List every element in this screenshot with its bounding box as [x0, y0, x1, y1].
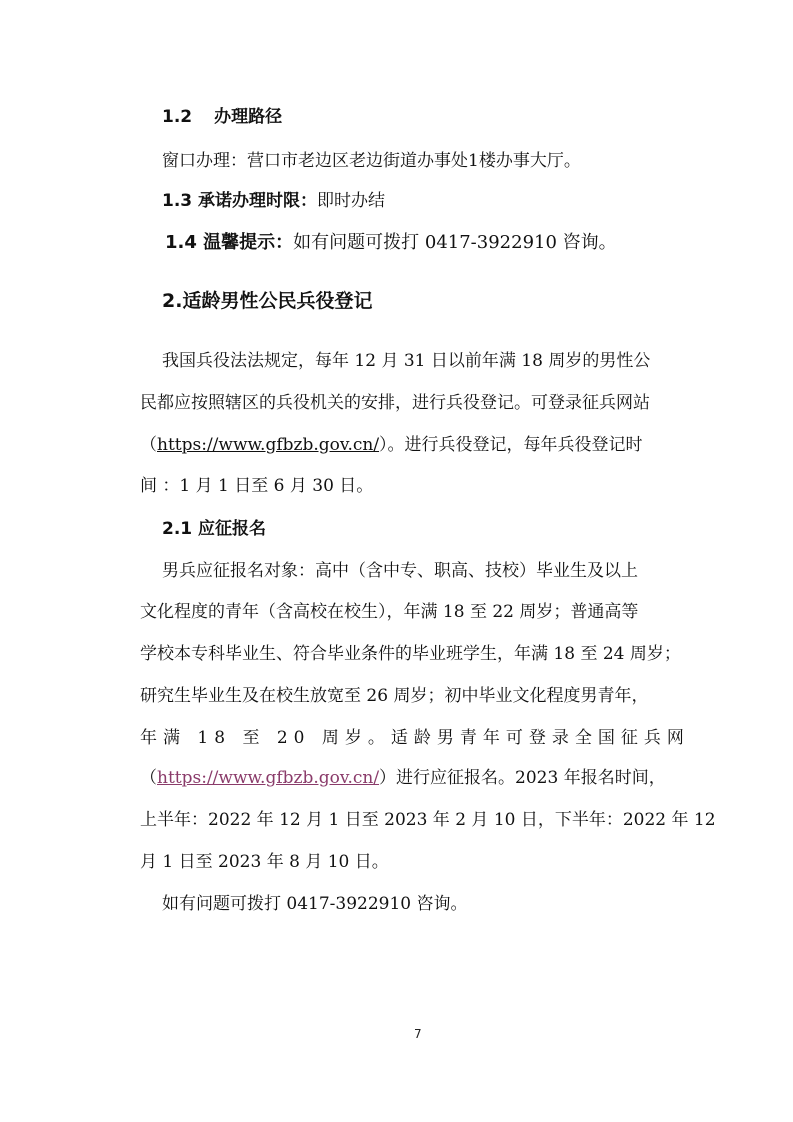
section-2-line-1: 我国兵役法法规定，每年 12 月 31 日以前年满 18 周岁的男性公 [162, 350, 650, 372]
section-2-1-line-3: 学校本专科毕业生、符合毕业条件的毕业班学生，年满 18 至 24 周岁； [140, 643, 681, 665]
section-2-line-4: 间 ：1 月 1 日至 6 月 30 日。 [140, 475, 373, 497]
paren-open: （ [140, 435, 157, 455]
section-2-1-heading: 2.1 应征报名 [162, 518, 266, 540]
section-1-4: 1.4 温馨提示：如有问题可拨打 0417-3922910 咨询。 [165, 232, 617, 254]
section-2-1-contact: 如有问题可拨打 0417-3922910 咨询。 [162, 893, 468, 915]
section-2-1-line-6-rest: ）进行应征报名。2023 年报名时间， [379, 768, 666, 788]
section-2-1-line-8: 月 1 日至 2023 年 8 月 10 日。 [140, 851, 389, 873]
section-2-1-line-4: 研究生毕业生及在校生放宽至 26 周岁；初中毕业文化程度男青年， [140, 685, 648, 707]
gfbzb-link[interactable]: https://www.gfbzb.gov.cn/ [157, 435, 379, 455]
section-1-4-heading: 1.4 温馨提示： [165, 232, 293, 253]
paren-open: （ [140, 768, 157, 788]
heading-title: 办理路径 [214, 107, 282, 127]
section-2-line-2: 民都应按照辖区的兵役机关的安排，进行兵役登记。可登录征兵网站 [140, 392, 650, 414]
section-2-line-3: （https://www.gfbzb.gov.cn/）。进行兵役登记，每年兵役登… [140, 434, 643, 456]
section-1-3: 1.3 承诺办理时限：即时办结 [162, 190, 385, 212]
section-1-2-heading: 1.2办理路径 [162, 106, 282, 128]
section-2-1-line-6: （https://www.gfbzb.gov.cn/）进行应征报名。2023 年… [140, 767, 666, 789]
section-1-2-body: 窗口办理：营口市老边区老边街道办事处1楼办事大厅。 [162, 150, 581, 172]
section-2-line-3-rest: ）。进行兵役登记，每年兵役登记时 [379, 435, 643, 455]
section-1-3-value: 即时办结 [317, 191, 385, 211]
section-2-heading: 2.适龄男性公民兵役登记 [162, 290, 372, 312]
section-2-1-line-2: 文化程度的青年（含高校在校生），年满 18 至 22 周岁；普通高等 [140, 601, 638, 623]
section-2-1-line-1: 男兵应征报名对象：高中（含中专、职高、技校）毕业生及以上 [162, 560, 638, 582]
gfbzb-link-visited[interactable]: https://www.gfbzb.gov.cn/ [157, 768, 379, 788]
heading-number: 1.2 [162, 107, 192, 127]
section-2-1-line-7: 上半年：2022 年 12 月 1 日至 2023 年 2 月 10 日，下半年… [140, 809, 716, 831]
section-2-1-line-5: 年满 18 至 20 周岁。适龄男青年可登录全国征兵网 [140, 727, 690, 749]
section-1-4-value: 如有问题可拨打 0417-3922910 咨询。 [293, 232, 617, 253]
section-1-3-heading: 1.3 承诺办理时限： [162, 191, 317, 211]
page-number: 7 [414, 1027, 422, 1041]
